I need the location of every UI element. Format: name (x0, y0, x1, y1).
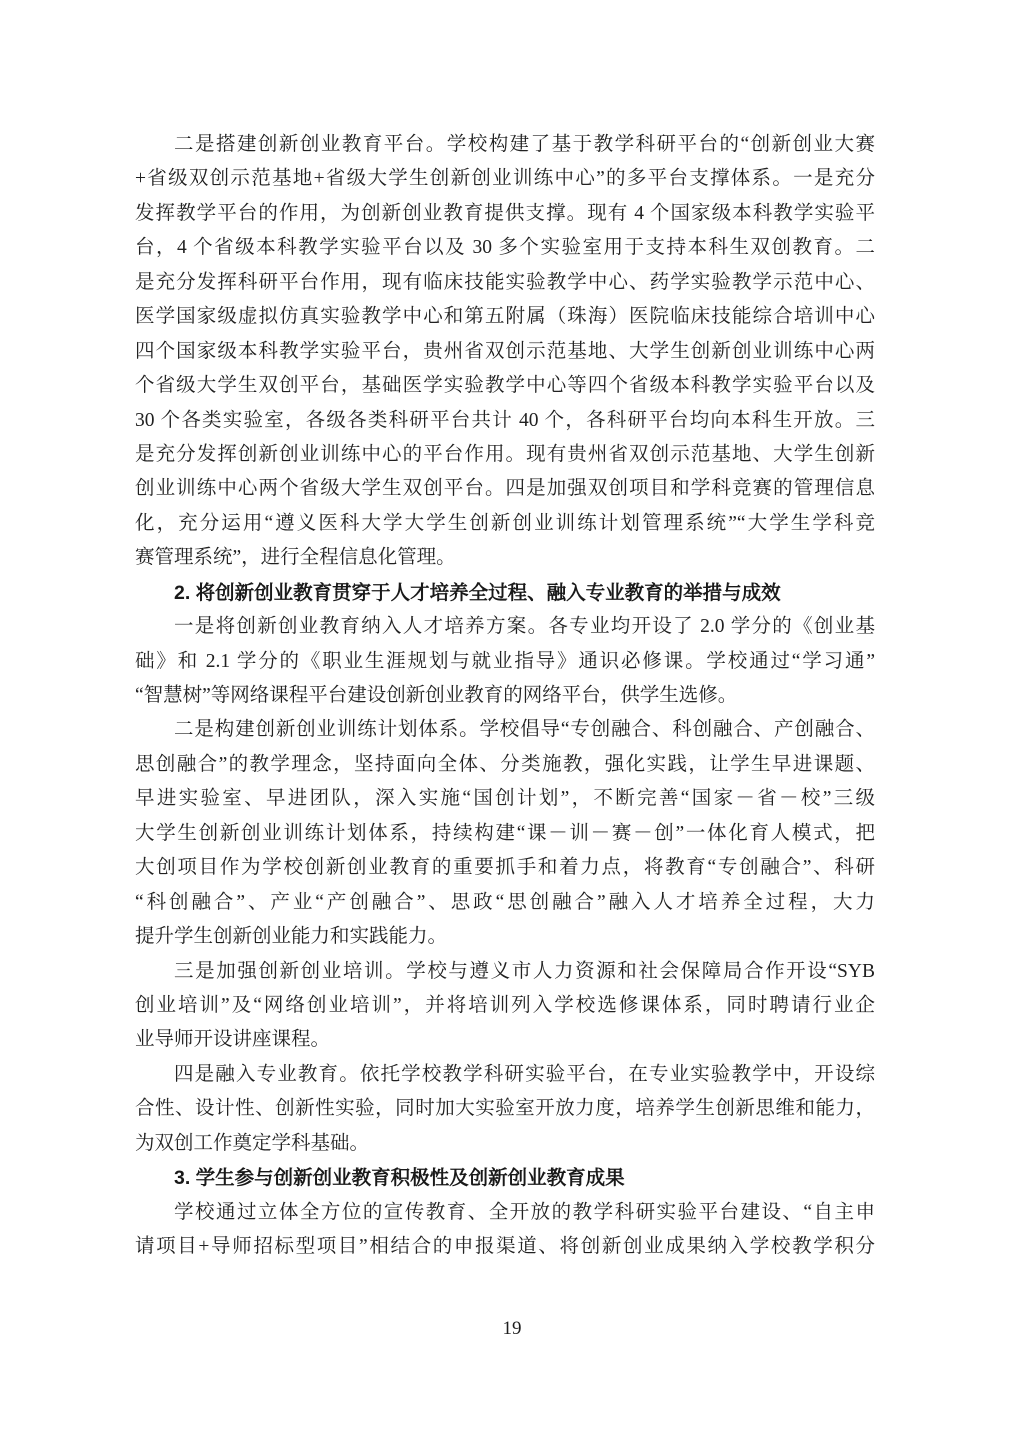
text-line: 大学生创新创业训练计划体系，持续构建“课－训－赛－创”一体化育人模式，把 (135, 817, 875, 851)
text-line: 请项目+导师招标型项目”相结合的申报渠道、将创新创业成果纳入学校教学积分 (135, 1230, 875, 1264)
text-line: 是充分发挥科研平台作用，现有临床技能实验教学中心、药学实验教学示范中心、 (135, 266, 875, 300)
text-line: 创业培训”及“网络创业培训”，并将培训列入学校选修课体系，同时聘请行业企 (135, 989, 875, 1023)
text-line: 化，充分运用“遵义医科大学大学生创新创业训练计划管理系统”“大学生学科竞 (135, 507, 875, 541)
text-line: 大创项目作为学校创新创业教育的重要抓手和着力点，将教育“专创融合”、科研 (135, 851, 875, 885)
text-line: 二是搭建创新创业教育平台。学校构建了基于教学科研平台的“创新创业大赛 (135, 128, 875, 162)
text-line: 发挥教学平台的作用，为创新创业教育提供支撑。现有 4 个国家级本科教学实验平 (135, 197, 875, 231)
text-line: 三是加强创新创业培训。学校与遵义市人力资源和社会保障局合作开设“SYB (135, 955, 875, 989)
text-line: “科创融合”、产业“产创融合”、思政“思创融合”融入人才培养全过程，大力 (135, 886, 875, 920)
text-line: 30 个各类实验室，各级各类科研平台共计 40 个，各科研平台均向本科生开放。三 (135, 404, 875, 438)
text-line: 医学国家级虚拟仿真实验教学中心和第五附属（珠海）医院临床技能综合培训中心 (135, 300, 875, 334)
text-line: +省级双创示范基地+省级大学生创新创业训练中心”的多平台支撑体系。一是充分 (135, 162, 875, 196)
text-line: 二是构建创新创业训练计划体系。学校倡导“专创融合、科创融合、产创融合、 (135, 713, 875, 747)
text-line: 为双创工作奠定学科基础。 (135, 1127, 875, 1161)
text-line: 赛管理系统”，进行全程信息化管理。 (135, 541, 875, 575)
text-line: 提升学生创新创业能力和实践能力。 (135, 920, 875, 954)
text-line: “智慧树”等网络课程平台建设创新创业教育的网络平台，供学生选修。 (135, 679, 875, 713)
text-line: 个省级大学生双创平台，基础医学实验教学中心等四个省级本科教学实验平台以及 (135, 369, 875, 403)
text-line: 创业训练中心两个省级大学生双创平台。四是加强双创项目和学科竞赛的管理信息 (135, 472, 875, 506)
text-line: 是充分发挥创新创业训练中心的平台作用。现有贵州省双创示范基地、大学生创新 (135, 438, 875, 472)
text-line: 一是将创新创业教育纳入人才培养方案。各专业均开设了 2.0 学分的《创业基 (135, 610, 875, 644)
section-heading: 3. 学生参与创新创业教育积极性及创新创业教育成果 (135, 1161, 875, 1195)
page-number: 19 (0, 1318, 1024, 1340)
text-line: 础》和 2.1 学分的《职业生涯规划与就业指导》通识必修课。学校通过“学习通” (135, 645, 875, 679)
text-line: 台，4 个省级本科教学实验平台以及 30 多个实验室用于支持本科生双创教育。二 (135, 231, 875, 265)
text-line: 思创融合”的教学理念，坚持面向全体、分类施教，强化实践，让学生早进课题、 (135, 748, 875, 782)
text-line: 业导师开设讲座课程。 (135, 1023, 875, 1057)
text-line: 四是融入专业教育。依托学校教学科研实验平台，在专业实验教学中，开设综 (135, 1058, 875, 1092)
text-line: 早进实验室、早进团队，深入实施“国创计划”，不断完善“国家－省－校”三级 (135, 782, 875, 816)
document-page: 二是搭建创新创业教育平台。学校构建了基于教学科研平台的“创新创业大赛+省级双创示… (0, 0, 1024, 1448)
text-line: 合性、设计性、创新性实验，同时加大实验室开放力度，培养学生创新思维和能力， (135, 1092, 875, 1126)
section-heading: 2. 将创新创业教育贯穿于人才培养全过程、融入专业教育的举措与成效 (135, 576, 875, 610)
text-line: 学校通过立体全方位的宣传教育、全开放的教学科研实验平台建设、“自主申 (135, 1196, 875, 1230)
text-line: 四个国家级本科教学实验平台，贵州省双创示范基地、大学生创新创业训练中心两 (135, 335, 875, 369)
text-block: 二是搭建创新创业教育平台。学校构建了基于教学科研平台的“创新创业大赛+省级双创示… (135, 128, 875, 1264)
